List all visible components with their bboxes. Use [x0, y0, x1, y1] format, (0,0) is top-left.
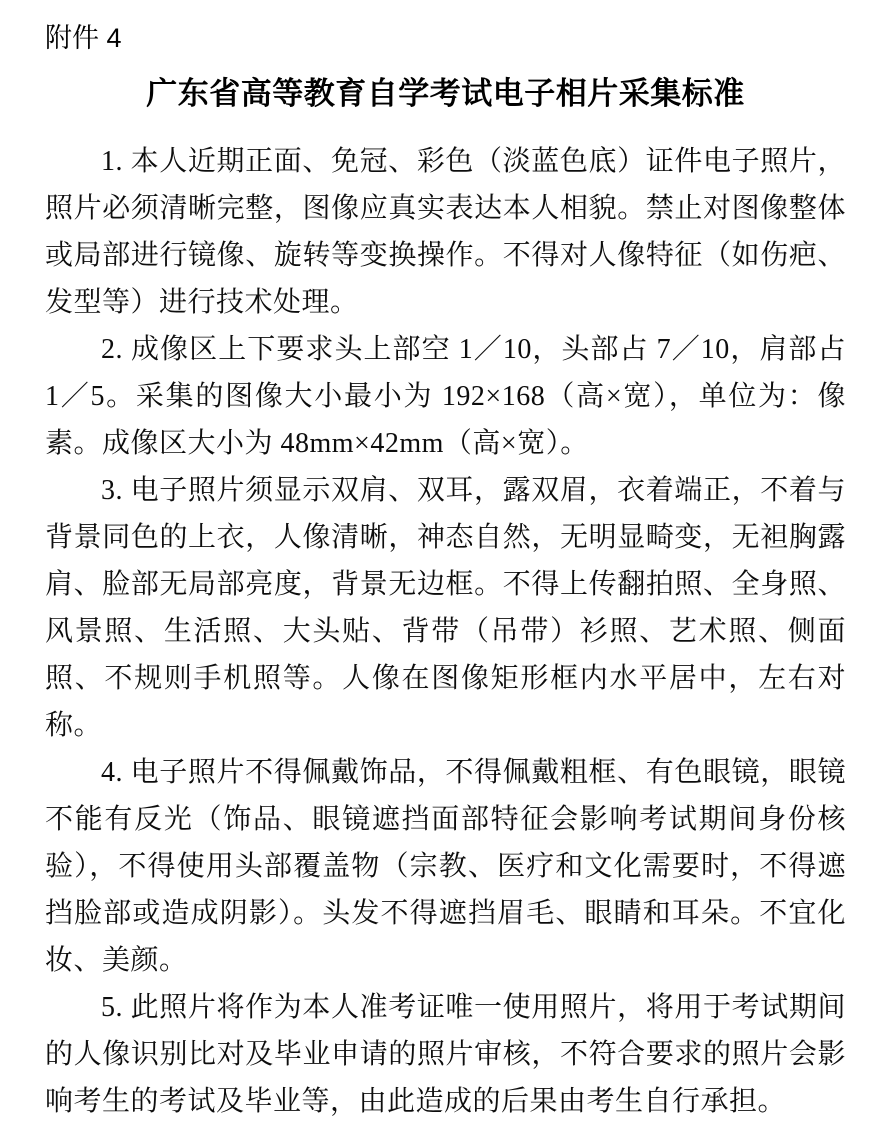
paragraph-image-size: 2. 成像区上下要求头上部空 1／10，头部占 7／10，肩部占 1／5。采集的…: [45, 326, 846, 467]
document-body: 1. 本人近期正面、免冠、彩色（淡蓝色底）证件电子照片，照片必须清晰完整，图像应…: [45, 138, 846, 1125]
paragraph-pose-rules: 3. 电子照片须显示双肩、双耳，露双眉，衣着端正，不着与背景同色的上衣，人像清晰…: [45, 467, 846, 749]
document-page: 附件 4 广东省高等教育自学考试电子相片采集标准 1. 本人近期正面、免冠、彩色…: [0, 0, 891, 1139]
paragraph-photo-usage: 5. 此照片将作为本人准考证唯一使用照片，将用于考试期间的人像识别比对及毕业申请…: [45, 984, 846, 1125]
attachment-label: 附件 4: [45, 18, 846, 58]
paragraph-photo-requirements: 1. 本人近期正面、免冠、彩色（淡蓝色底）证件电子照片，照片必须清晰完整，图像应…: [45, 138, 846, 326]
paragraph-accessories-rules: 4. 电子照片不得佩戴饰品，不得佩戴粗框、有色眼镜，眼镜不能有反光（饰品、眼镜遮…: [45, 749, 846, 984]
page-title: 广东省高等教育自学考试电子相片采集标准: [45, 72, 846, 116]
